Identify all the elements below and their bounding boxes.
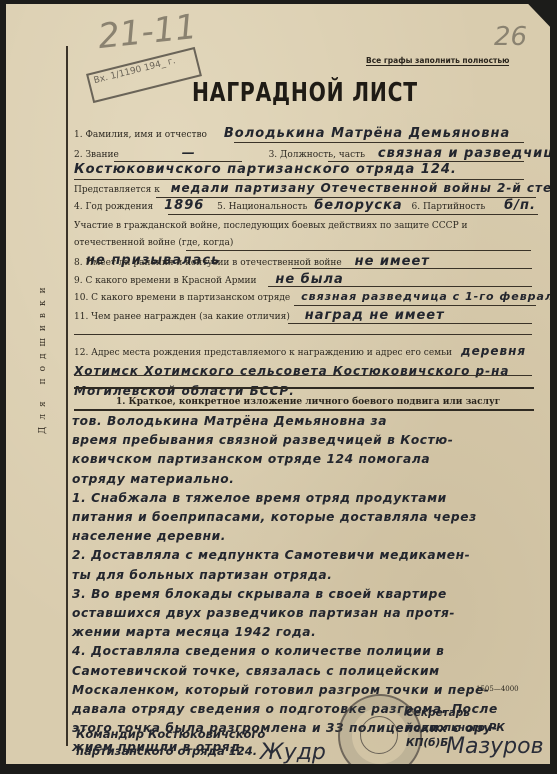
narrative-line: время пребывания связной разведчицей в К… — [72, 431, 542, 450]
commander-signature-block: Командир Костюковичского партизанского о… — [76, 726, 265, 760]
underline — [74, 375, 532, 376]
underline — [168, 214, 538, 215]
underline — [74, 334, 532, 335]
narrative-line: ты для больных партизан отряда. — [72, 566, 542, 585]
document-title: НАГРАДНОЙ ЛИСТ — [192, 78, 418, 108]
narrative-line: тов. Володькина Матрёна Демьяновна за — [72, 412, 542, 431]
award-sheet-paper: 21-11 26 Вх. 1/1190 194_ г. Все графы за… — [6, 4, 550, 764]
field-red-army: 9. С какого времени в Красной Армии не б… — [74, 272, 520, 287]
binding-margin-line — [66, 46, 68, 746]
narrative-line: население деревни. — [72, 527, 542, 546]
fill-instruction: Все графы заполнить полностью — [366, 56, 509, 66]
underline — [292, 268, 532, 269]
underline — [268, 286, 532, 287]
narrative-line: 2. Доставляла с медпункта Самотевичи мед… — [72, 546, 542, 565]
commander-signature: Жудр — [260, 740, 326, 765]
narrative-line: 1. Снабжала в тяжелое время отряд продук… — [72, 489, 542, 508]
field-partisan-since: 10. С какого времени в партизанском отря… — [74, 290, 520, 303]
field-value: Володькина Матрёна Демьяновна — [224, 126, 510, 141]
narrative-line: питания и боеприпасами, которые доставля… — [72, 508, 542, 527]
underline — [294, 305, 536, 306]
seal-inner-ring — [360, 716, 398, 754]
field-award-nominated: Представляется к медали партизану Отечес… — [74, 181, 520, 195]
print-run-mark: 1505—4000 — [476, 685, 519, 693]
narrative-line: Москаленком, который готовил разгром точ… — [72, 681, 542, 700]
underline — [288, 323, 532, 324]
section-divider — [74, 387, 534, 389]
secretary-signature: Мазуров — [446, 734, 544, 759]
field-previous-awards: 11. Чем ранее награжден (за какие отличи… — [74, 308, 520, 323]
narrative-line: Самотевичской точке, связалась с полицей… — [72, 662, 542, 681]
underline — [186, 250, 531, 251]
narrative-line: отряду материально. — [72, 470, 542, 489]
narrative-line: оставшихся двух разведчиков партизан на … — [72, 604, 542, 623]
field-full-name: 1. Фамилия, имя и отчество Володькина Ма… — [74, 126, 520, 141]
field-rank-position: 2. Звание — 3. Должность, часть связная … — [74, 146, 520, 161]
narrative-line: 4. Доставляла сведения о количестве поли… — [72, 642, 542, 661]
field-address: 12. Адрес места рождения представляемого… — [74, 342, 532, 402]
underline — [234, 142, 524, 143]
section-title-feat: 1. Краткое, конкретное изложение личного… — [116, 397, 500, 407]
field-birth-nationality-party: 4. Год рождения 1896 5. Национальность б… — [74, 198, 520, 213]
narrative-line: ковичском партизанском отряде 124 помога… — [72, 450, 542, 469]
narrative-line: жении марта месяца 1942 года. — [72, 623, 542, 642]
underline — [74, 179, 524, 180]
field-unit: Костюковичского партизанского отряда 124… — [74, 162, 520, 177]
section-divider — [74, 409, 534, 411]
pencil-page-number: 26 — [494, 22, 527, 52]
commander-title-line2: партизанского отряда 124. — [76, 743, 265, 760]
commander-title-line1: Командир Костюковичского — [76, 726, 265, 743]
narrative-line: 3. Во время блокады скрывала в своей ква… — [72, 585, 542, 604]
binding-label: Для подшивки — [38, 280, 48, 434]
field-wounds: 8. Имеет ли ранения и контузии в отечест… — [74, 254, 520, 269]
